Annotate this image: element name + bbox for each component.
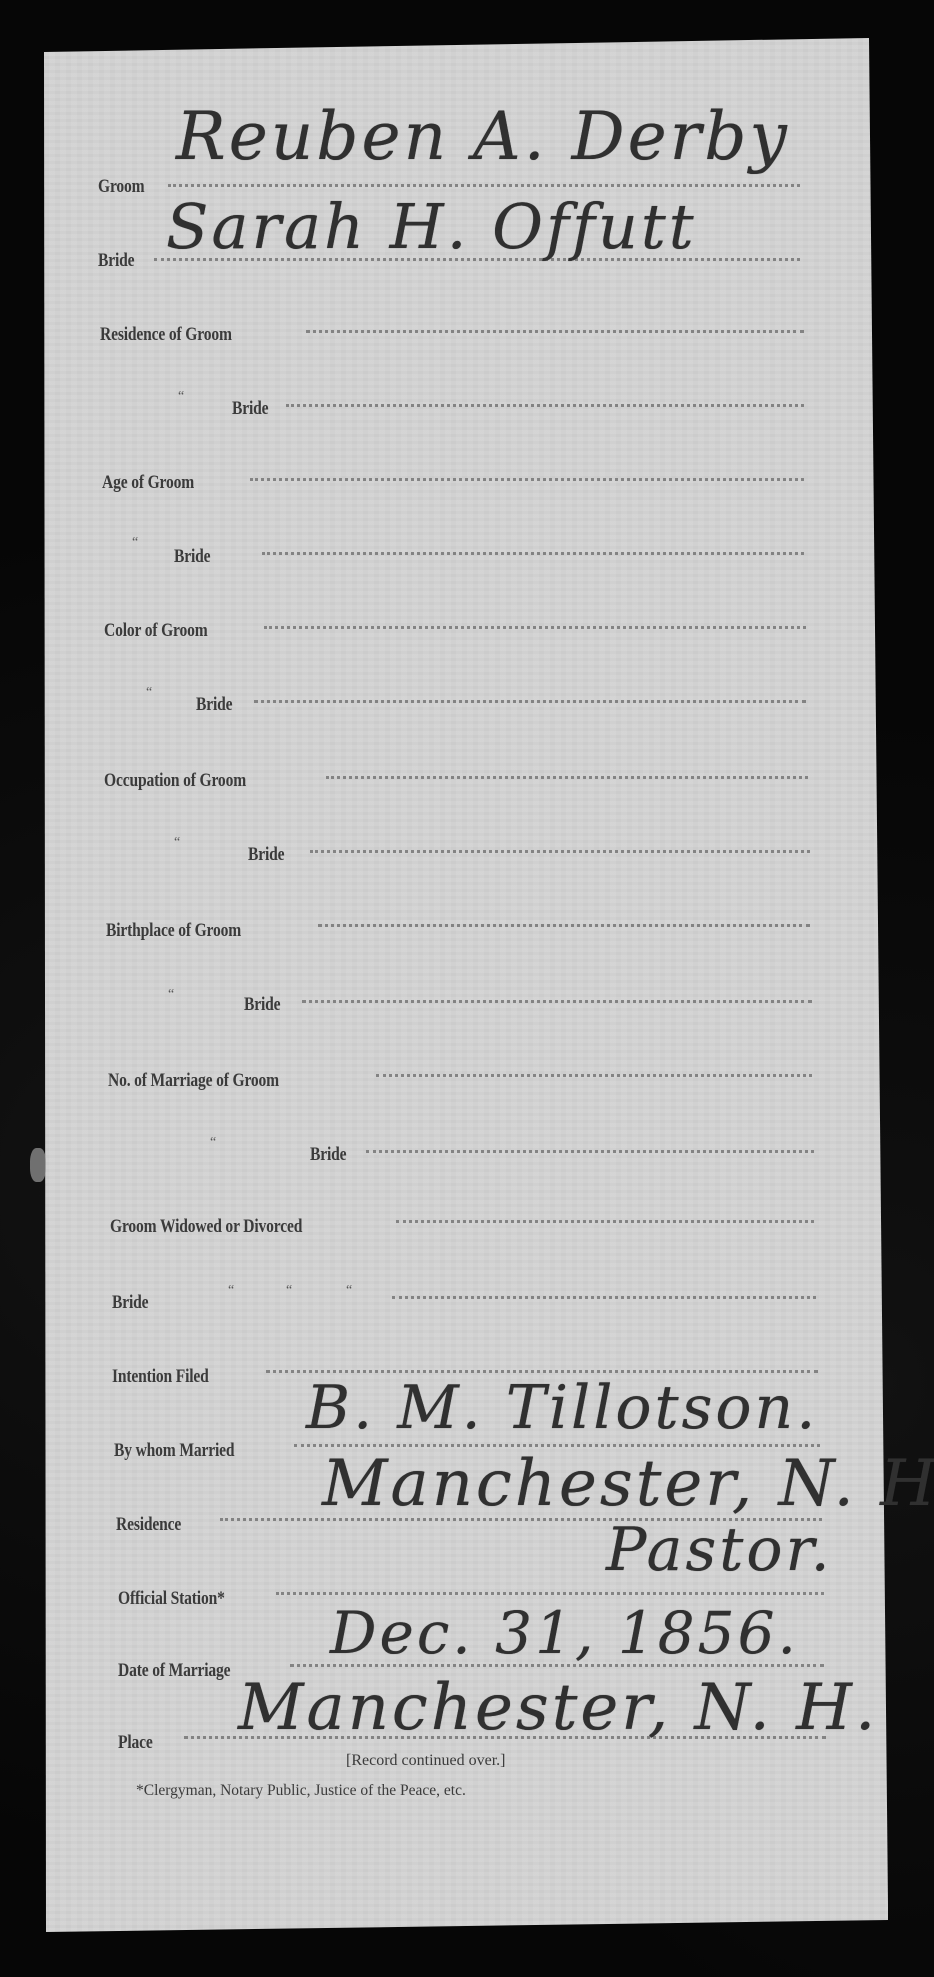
fill-line — [168, 184, 800, 187]
field-residence-groom: Residence of Groom — [100, 314, 261, 344]
fill-line — [318, 924, 810, 927]
ditto-mark: “ — [210, 1136, 216, 1150]
fill-line — [376, 1074, 812, 1077]
record-continued-note: [Record continued over.] — [346, 1752, 506, 1770]
field-age-groom: Age of Groom — [102, 462, 214, 492]
handwritten-bride: Sarah H. Offutt — [166, 196, 697, 258]
ditto-mark: “ — [146, 686, 152, 700]
field-bride-widowed-divorced: Bride — [112, 1282, 156, 1312]
field-residence-bride: Bride — [232, 388, 276, 418]
official-station-footnote: *Clergyman, Notary Public, Justice of th… — [136, 1782, 466, 1800]
fill-line — [396, 1220, 814, 1223]
field-birthplace-bride: Bride — [244, 984, 288, 1014]
field-label: Age of Groom — [102, 473, 194, 492]
field-label: Bride — [248, 845, 284, 864]
ditto-mark: “ — [346, 1284, 352, 1298]
field-official-station: Official Station* — [118, 1578, 248, 1608]
field-birthplace-groom: Birthplace of Groom — [106, 910, 271, 940]
fill-line — [302, 1000, 812, 1003]
field-label: Date of Marriage — [118, 1661, 230, 1680]
fill-line — [310, 850, 810, 853]
paper-edge-stain — [30, 1148, 46, 1182]
field-label: Place — [118, 1733, 153, 1752]
field-intention-filed: Intention Filed — [112, 1356, 230, 1386]
field-label: By whom Married — [114, 1441, 234, 1460]
field-marriage-no-bride: Bride — [310, 1134, 354, 1164]
ditto-mark: “ — [174, 836, 180, 850]
field-groom-widowed-divorced: Groom Widowed or Divorced — [110, 1206, 344, 1236]
fill-line — [254, 700, 806, 703]
field-label: Bride — [112, 1293, 148, 1312]
handwritten-groom: Reuben A. Derby — [176, 104, 790, 170]
handwritten-officiant: B. M. Tillotson. — [306, 1378, 818, 1438]
field-label: Birthplace of Groom — [106, 921, 241, 940]
field-occupation-bride: Bride — [248, 834, 292, 864]
ditto-mark: “ — [228, 1284, 234, 1298]
field-label: Residence of Groom — [100, 325, 232, 344]
field-label: Bride — [310, 1145, 346, 1164]
field-by-whom-married: By whom Married — [114, 1430, 261, 1460]
fill-line — [326, 776, 808, 779]
fill-line — [262, 552, 804, 555]
ditto-mark: “ — [286, 1284, 292, 1298]
field-label: No. of Marriage of Groom — [108, 1071, 279, 1090]
field-place: Place — [118, 1722, 160, 1752]
field-color-groom: Color of Groom — [104, 610, 230, 640]
field-label: Bride — [98, 251, 134, 270]
field-label: Bride — [174, 547, 210, 566]
field-label: Intention Filed — [112, 1367, 209, 1386]
fill-line — [250, 478, 804, 481]
field-label: Bride — [244, 995, 280, 1014]
field-occupation-groom: Occupation of Groom — [104, 760, 277, 790]
field-officiant-residence: Residence — [116, 1504, 195, 1534]
handwritten-official-station: Pastor. — [606, 1520, 833, 1580]
fill-line — [276, 1592, 824, 1595]
fill-line — [264, 626, 806, 629]
field-label: Groom — [98, 177, 144, 196]
ditto-mark: “ — [178, 390, 184, 404]
field-marriage-no-groom: No. of Marriage of Groom — [108, 1060, 317, 1090]
field-label: Occupation of Groom — [104, 771, 246, 790]
field-label: Official Station* — [118, 1589, 225, 1608]
fill-line — [306, 330, 804, 333]
handwritten-officiant-residence: Manchester, N. H. — [322, 1452, 934, 1516]
handwritten-place: Manchester, N. H. — [238, 1676, 878, 1740]
field-label: Bride — [196, 695, 232, 714]
field-date-of-marriage: Date of Marriage — [118, 1650, 255, 1680]
fill-line — [286, 404, 804, 407]
field-label: Bride — [232, 399, 268, 418]
field-label: Groom Widowed or Divorced — [110, 1217, 302, 1236]
field-bride: Bride — [98, 240, 142, 270]
fill-line — [366, 1150, 814, 1153]
field-label: Residence — [116, 1515, 181, 1534]
field-label: Color of Groom — [104, 621, 208, 640]
ditto-mark: “ — [132, 536, 138, 550]
ditto-mark: “ — [168, 988, 174, 1002]
field-age-bride: Bride — [174, 536, 218, 566]
field-color-bride: Bride — [196, 684, 240, 714]
fill-line — [392, 1296, 816, 1299]
handwritten-date: Dec. 31, 1856. — [330, 1604, 799, 1662]
field-groom: Groom — [98, 166, 155, 196]
